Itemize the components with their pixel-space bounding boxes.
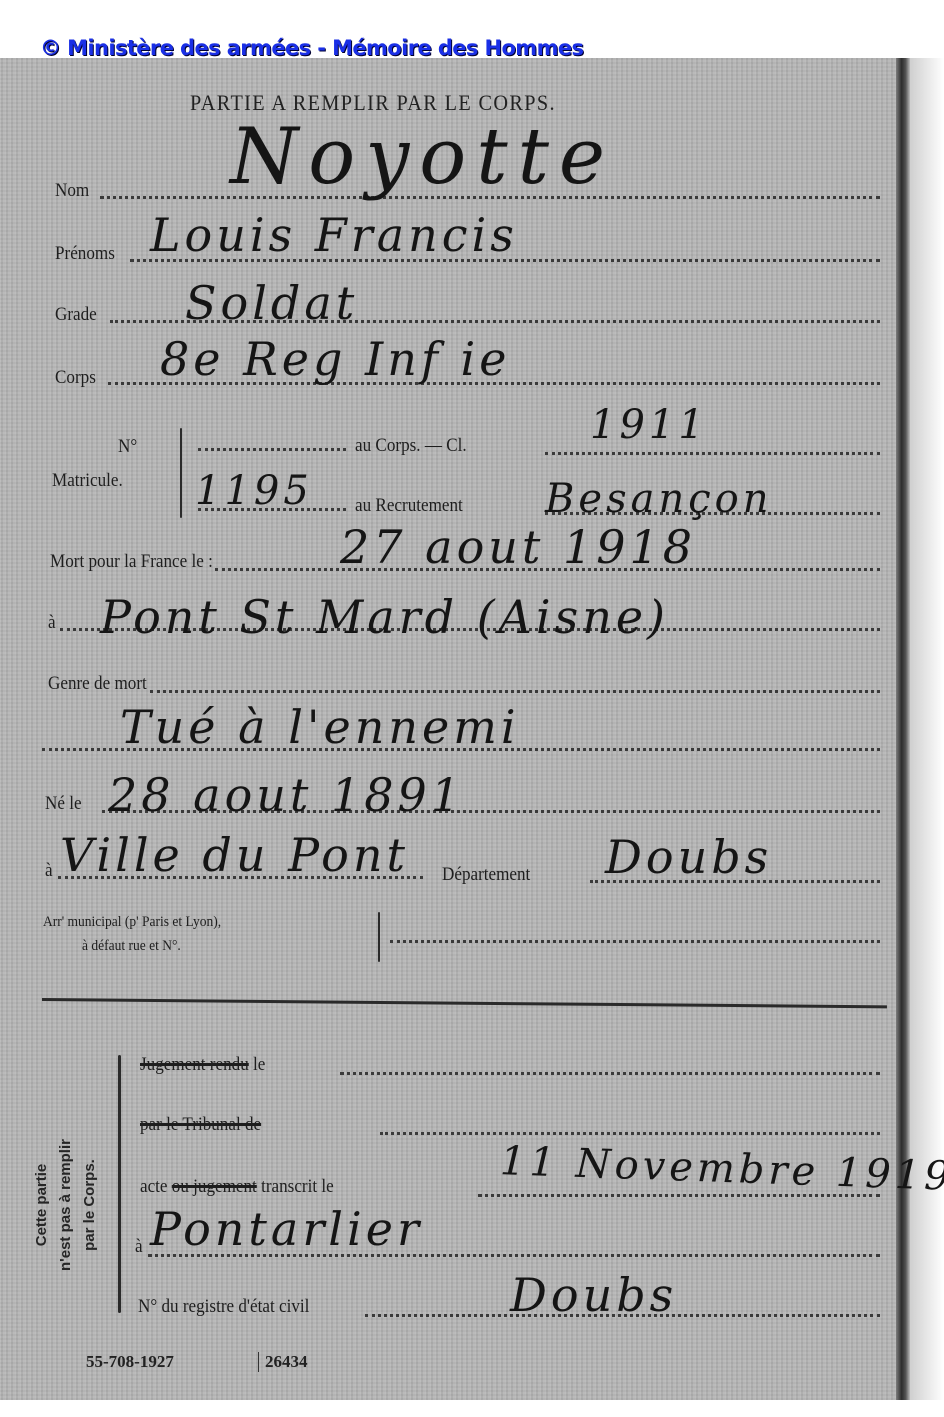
- lieu-transcription-value: Pontarlier: [150, 1202, 423, 1256]
- grade-label: Grade: [55, 304, 97, 326]
- serial-number: 26434: [258, 1352, 308, 1372]
- ne-le-label: Né le: [45, 793, 82, 815]
- arrondissement-label-1: Arr' municipal (p' Paris et Lyon),: [43, 914, 221, 931]
- prenoms-value: Louis Francis: [150, 208, 518, 262]
- side-note-line-3: par le Corps.: [78, 1090, 102, 1320]
- jugement-struck-text: Jugement rendu: [140, 1054, 249, 1075]
- tribunal-struck-text: par le Tribunal de: [140, 1114, 261, 1135]
- matricule-corps-line: [198, 448, 346, 451]
- au-corps-label: au Corps. — Cl.: [355, 435, 467, 457]
- registre-value: Doubs: [510, 1268, 677, 1322]
- arrondissement-line: [390, 940, 880, 943]
- nom-value: Noyotte: [230, 112, 615, 202]
- nom-label: Nom: [55, 180, 89, 202]
- card-edge-shadow: [896, 58, 910, 1400]
- ne-le-value: 28 aout 1891: [108, 768, 464, 822]
- mort-value: 27 aout 1918: [340, 520, 696, 574]
- corps-label: Corps: [55, 367, 96, 389]
- jugement-label: Jugement rendu le: [140, 1054, 265, 1076]
- recrutement-value: Besançon: [545, 476, 772, 522]
- arrondissement-label-2: à défaut rue et N°.: [82, 938, 181, 955]
- lieu-deces-value: Pont St Mard (Aisne): [100, 590, 669, 644]
- side-note-line-1: Cette partie: [30, 1090, 54, 1320]
- matricule-label: Matricule.: [52, 470, 123, 492]
- side-note-line-2: n'est pas à remplir: [54, 1090, 78, 1320]
- acte-struck-text: ou jugement: [172, 1176, 257, 1197]
- lieu-naissance-value: Ville du Pont: [60, 828, 409, 882]
- matricule-brace: [180, 428, 182, 518]
- matricule-number-value: 1195: [195, 468, 313, 514]
- classe-value: 1911: [590, 402, 708, 448]
- genre-mort-line: [150, 690, 880, 693]
- departement-label: Département: [442, 864, 530, 886]
- grade-value: Soldat: [185, 276, 358, 330]
- genre-mort-label: Genre de mort: [48, 673, 147, 695]
- acte-label: acte ou jugement transcrit le: [140, 1176, 334, 1198]
- acte-transcrit-text: transcrit le: [261, 1176, 334, 1197]
- lieu-deces-label: à: [48, 612, 56, 634]
- side-note: Cette partie n'est pas à remplir par le …: [30, 1090, 102, 1320]
- mort-label: Mort pour la France le :: [50, 551, 213, 573]
- acte-prefix: acte: [140, 1176, 168, 1197]
- lieu-transcription-label: à: [135, 1236, 143, 1258]
- matricule-no-label: N°: [118, 436, 137, 458]
- recrutement-label: au Recrutement: [355, 495, 463, 517]
- jugement-le-text: le: [253, 1054, 265, 1075]
- arrondissement-brace: [378, 912, 380, 962]
- genre-mort-value: Tué à l'ennemi: [120, 700, 520, 754]
- classe-line: [545, 452, 880, 455]
- lower-section-brace: [118, 1055, 121, 1313]
- tribunal-line: [380, 1132, 880, 1135]
- print-code: 55-708-1927: [86, 1352, 174, 1372]
- jugement-line: [340, 1072, 880, 1075]
- departement-value: Doubs: [605, 830, 772, 884]
- corps-value: 8e Reg Inf ie: [160, 332, 510, 386]
- copyright-watermark: © Ministère des armées - Mémoire des Hom…: [40, 36, 583, 60]
- registre-label: N° du registre d'état civil: [138, 1296, 309, 1318]
- lieu-naissance-label: à: [45, 860, 53, 882]
- prenoms-label: Prénoms: [55, 243, 115, 265]
- tribunal-label: par le Tribunal de: [140, 1114, 261, 1136]
